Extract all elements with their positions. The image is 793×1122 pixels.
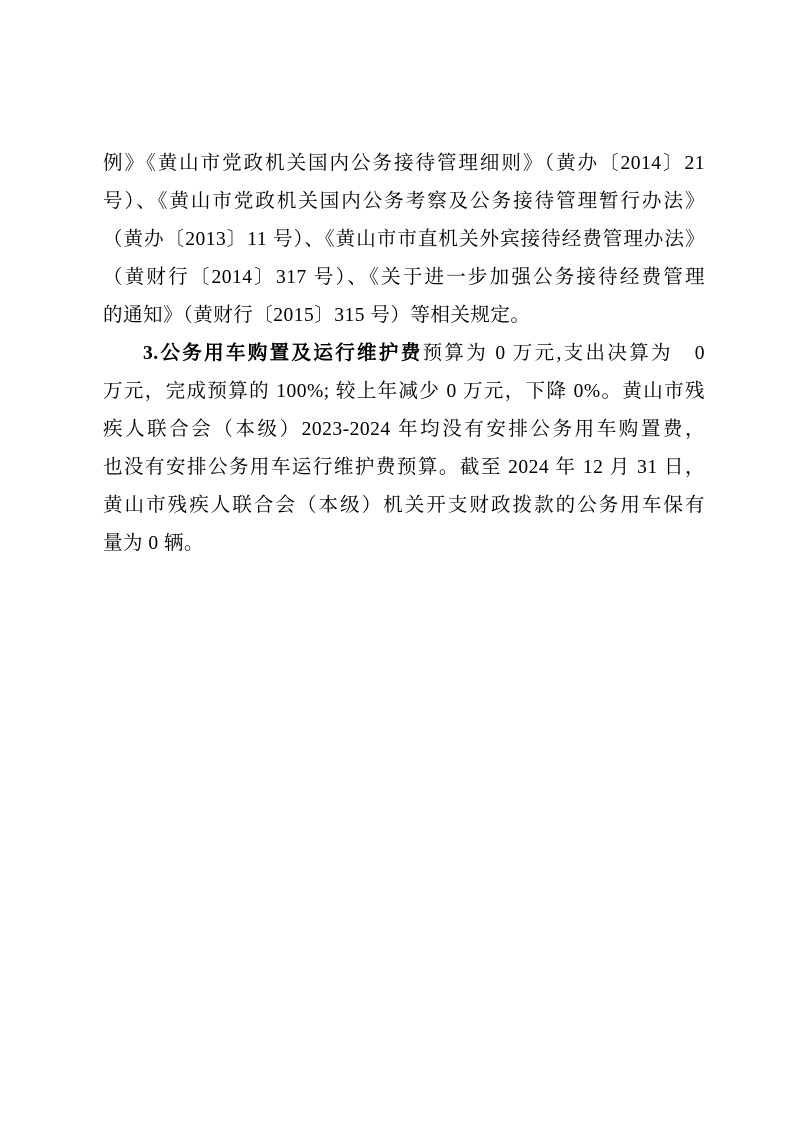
paragraph2-line-6: 量为 0 辆。 xyxy=(103,525,705,563)
paragraph2-lead-rest: 预算为 0 万元,支出决算为 0 xyxy=(423,343,705,364)
text-block: 例》《黄山市党政机关国内公务接待管理细则》（黄办〔2014〕21 号）、《黄山市… xyxy=(103,145,705,563)
paragraph1-line-4: （黄财行〔2014〕317 号）、《关于进一步加强公务接待经费管理 xyxy=(103,259,705,297)
paragraph2-line-4: 也没有安排公务用车运行维护费预算。截至 2024 年 12 月 31 日， xyxy=(103,449,705,487)
paragraph1-line-3: （黄办〔2013〕11 号）、《黄山市市直机关外宾接待经费管理办法》 xyxy=(103,221,705,259)
paragraph1-line-2: 号）、《黄山市党政机关国内公务考察及公务接待管理暂行办法》 xyxy=(103,183,705,221)
paragraph2-line-3: 疾人联合会（本级）2023-2024 年均没有安排公务用车购置费， xyxy=(103,411,705,449)
paragraph2-heading: 3.公务用车购置及运行维护费 xyxy=(143,343,423,364)
paragraph1-line-1: 例》《黄山市党政机关国内公务接待管理细则》（黄办〔2014〕21 xyxy=(103,145,705,183)
paragraph2-line-1: 3.公务用车购置及运行维护费预算为 0 万元,支出决算为 0 xyxy=(103,335,705,373)
paragraph2-line-2: 万元，完成预算的 100%; 较上年减少 0 万元，下降 0%。黄山市残 xyxy=(103,373,705,411)
document-page: 例》《黄山市党政机关国内公务接待管理细则》（黄办〔2014〕21 号）、《黄山市… xyxy=(0,0,793,1122)
paragraph1-line-5: 的通知》（黄财行〔2015〕315 号）等相关规定。 xyxy=(103,297,705,335)
paragraph2-line-5: 黄山市残疾人联合会（本级）机关开支财政拨款的公务用车保有 xyxy=(103,487,705,525)
